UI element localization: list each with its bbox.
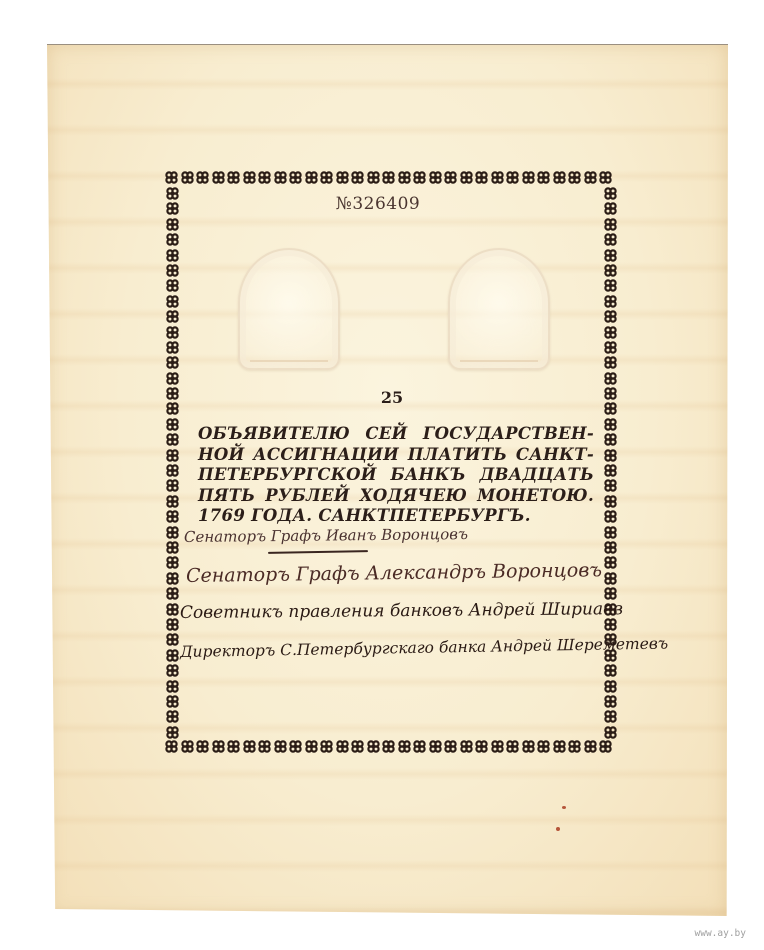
ornament-icon: [443, 740, 459, 756]
ornament-icon: [164, 710, 180, 725]
text-line: ПЯТЬ РУБЛЕЙ ХОДЯЧЕЮ МОНЕТОЮ.: [198, 486, 594, 507]
border-top: [164, 171, 618, 187]
embossed-seal-eagle-icon: [238, 248, 340, 370]
ornament-icon: [211, 171, 227, 187]
ornament-icon: [257, 171, 273, 187]
ornament-icon: [459, 740, 475, 756]
text-line: ПЕТЕРБУРГСКОЙ БАНКЪ ДВАДЦАТЬ: [198, 465, 594, 486]
ornament-icon: [602, 556, 618, 571]
ornament-icon: [602, 264, 618, 279]
ornament-icon: [164, 171, 180, 187]
ornament-icon: [567, 171, 583, 187]
ornament-icon: [164, 310, 180, 325]
ornament-icon: [164, 356, 180, 371]
ornament-icon: [602, 418, 618, 433]
ornament-icon: [381, 740, 397, 756]
ornament-icon: [242, 171, 258, 187]
ornament-icon: [164, 664, 180, 679]
text-line: 1769 ГОДА. САНКТПЕТЕРБУРГЪ.: [198, 506, 594, 527]
ornament-icon: [350, 740, 366, 756]
ornament-icon: [164, 387, 180, 402]
ornament-icon: [335, 171, 351, 187]
ornament-icon: [164, 633, 180, 648]
ornament-icon: [288, 740, 304, 756]
ornament-icon: [164, 464, 180, 479]
ornament-icon: [602, 387, 618, 402]
signature-1: Сенаторъ Графъ Иванъ Воронцовъ: [184, 525, 468, 546]
embossed-seal-figure-icon: [448, 248, 550, 370]
ornament-icon: [505, 171, 521, 187]
ornament-icon: [164, 510, 180, 525]
ornament-icon: [164, 587, 180, 602]
ornament-icon: [583, 171, 599, 187]
paper-stain: [556, 827, 560, 831]
ornament-icon: [521, 171, 537, 187]
text-line: НОЙ АССИГНАЦИИ ПЛАТИТЬ САНКТ-: [198, 445, 594, 466]
ornament-icon: [602, 295, 618, 310]
ornament-icon: [602, 664, 618, 679]
ornament-icon: [505, 740, 521, 756]
ornament-icon: [304, 740, 320, 756]
serial-number: №326409: [336, 194, 420, 214]
ornament-icon: [602, 710, 618, 725]
ornament-icon: [474, 740, 490, 756]
ornament-icon: [164, 695, 180, 710]
ornament-icon: [164, 603, 180, 618]
ornament-icon: [164, 372, 180, 387]
ornament-icon: [164, 740, 180, 756]
ornament-icon: [602, 218, 618, 233]
ornament-icon: [164, 326, 180, 341]
ornament-icon: [164, 495, 180, 510]
ornament-icon: [602, 326, 618, 341]
ornament-icon: [598, 171, 614, 187]
ornament-icon: [602, 202, 618, 217]
ornament-icon: [366, 740, 382, 756]
ornament-icon: [602, 356, 618, 371]
paper-stain: [562, 806, 566, 809]
ornament-icon: [211, 740, 227, 756]
ornament-icon: [602, 572, 618, 587]
ornament-icon: [288, 171, 304, 187]
ornament-icon: [536, 740, 552, 756]
ornament-icon: [602, 526, 618, 541]
denomination: 25: [381, 388, 403, 407]
ornament-icon: [583, 740, 599, 756]
ornament-icon: [180, 171, 196, 187]
ornament-icon: [602, 541, 618, 556]
ornament-icon: [521, 740, 537, 756]
ornament-icon: [381, 171, 397, 187]
ornament-icon: [602, 187, 618, 202]
ornament-icon: [552, 740, 568, 756]
ornament-icon: [164, 479, 180, 494]
ornament-icon: [319, 740, 335, 756]
ornament-icon: [164, 556, 180, 571]
signature-3: Советникъ правления банковъ Андрей Шириа…: [180, 599, 623, 623]
ornament-icon: [397, 171, 413, 187]
ornament-icon: [443, 171, 459, 187]
ornament-icon: [226, 171, 242, 187]
banknote-text: ОБЪЯВИТЕЛЮ СЕЙ ГОСУДАРСТВЕН- НОЙ АССИГНА…: [198, 424, 594, 527]
ornament-icon: [397, 740, 413, 756]
ornament-icon: [474, 171, 490, 187]
border-left: [164, 187, 180, 740]
ornament-icon: [366, 171, 382, 187]
ornament-icon: [602, 341, 618, 356]
ornament-icon: [226, 740, 242, 756]
ornament-icon: [164, 233, 180, 248]
ornament-icon: [164, 449, 180, 464]
ornament-icon: [350, 171, 366, 187]
ornament-icon: [164, 402, 180, 417]
ornament-icon: [164, 418, 180, 433]
ornament-icon: [257, 740, 273, 756]
ornament-icon: [164, 218, 180, 233]
ornament-icon: [304, 171, 320, 187]
ornament-icon: [164, 680, 180, 695]
ornament-icon: [602, 510, 618, 525]
text-line: ОБЪЯВИТЕЛЮ СЕЙ ГОСУДАРСТВЕН-: [198, 424, 594, 445]
ornament-icon: [319, 171, 335, 187]
ornament-icon: [602, 402, 618, 417]
ornament-icon: [428, 740, 444, 756]
ornament-icon: [602, 310, 618, 325]
ornament-icon: [195, 171, 211, 187]
ornament-icon: [164, 295, 180, 310]
ornament-icon: [242, 740, 258, 756]
ornament-icon: [164, 249, 180, 264]
ornament-icon: [164, 526, 180, 541]
ornament-icon: [164, 202, 180, 217]
ornament-icon: [602, 279, 618, 294]
ornament-icon: [602, 479, 618, 494]
ornament-icon: [412, 740, 428, 756]
ornament-icon: [602, 695, 618, 710]
site-watermark: www.ay.by: [695, 928, 746, 939]
ornament-icon: [602, 464, 618, 479]
ornament-icon: [459, 171, 475, 187]
ornament-icon: [273, 740, 289, 756]
ornament-icon: [164, 649, 180, 664]
border-right: [602, 187, 618, 740]
ornament-icon: [602, 233, 618, 248]
ornament-icon: [490, 740, 506, 756]
ornament-icon: [164, 541, 180, 556]
ornament-icon: [335, 740, 351, 756]
ornament-icon: [602, 249, 618, 264]
ornament-icon: [490, 171, 506, 187]
ornament-icon: [552, 171, 568, 187]
ornament-icon: [164, 279, 180, 294]
ornament-icon: [412, 171, 428, 187]
ornament-icon: [602, 495, 618, 510]
ornament-icon: [602, 680, 618, 695]
ornament-icon: [598, 740, 614, 756]
ornament-icon: [164, 341, 180, 356]
ornament-icon: [602, 449, 618, 464]
ornament-icon: [164, 433, 180, 448]
ornament-icon: [164, 187, 180, 202]
ornament-icon: [180, 740, 196, 756]
ornament-icon: [602, 726, 618, 740]
ornament-icon: [602, 372, 618, 387]
ornament-icon: [273, 171, 289, 187]
ornament-icon: [602, 618, 618, 633]
ornament-icon: [164, 572, 180, 587]
ornament-icon: [164, 264, 180, 279]
border-bottom: [164, 740, 618, 756]
ornament-icon: [428, 171, 444, 187]
ornament-icon: [536, 171, 552, 187]
ornament-icon: [195, 740, 211, 756]
ornament-icon: [164, 726, 180, 740]
ornament-icon: [567, 740, 583, 756]
ornament-icon: [164, 618, 180, 633]
ornament-icon: [602, 433, 618, 448]
paper-edge: [47, 44, 728, 45]
